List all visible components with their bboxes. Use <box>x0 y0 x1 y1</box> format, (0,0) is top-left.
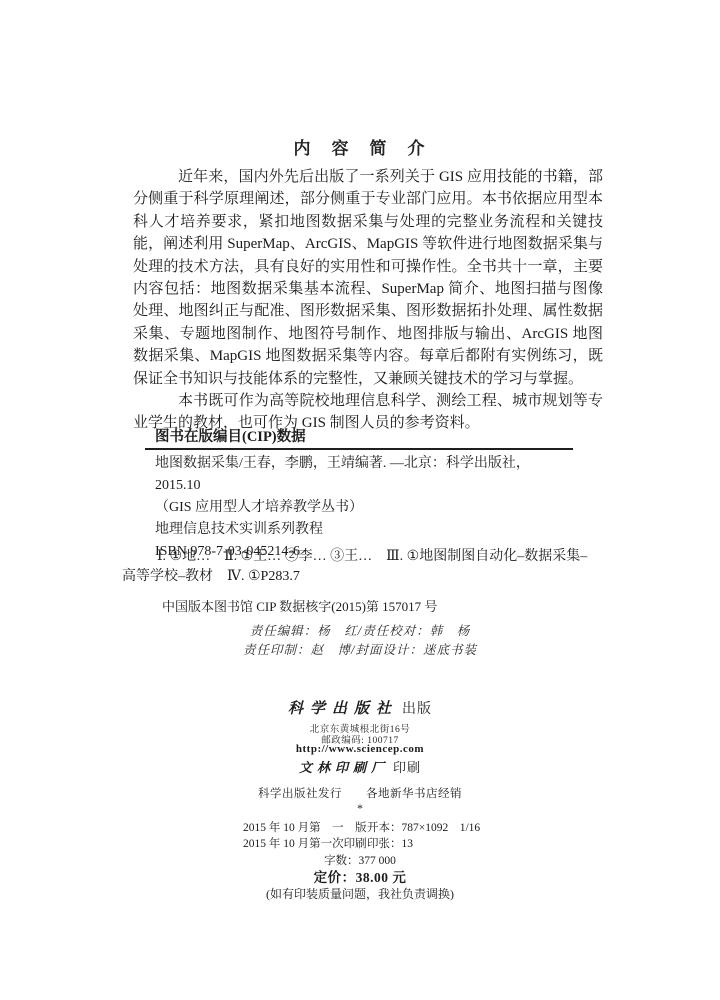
content-introduction: 近年来，国内外先后出版了一系列关于 GIS 应用技能的书籍，部分侧重于科学原理阐… <box>133 166 603 435</box>
publisher-suffix: 出版 <box>402 702 432 717</box>
sheet-count: 印张：13 <box>367 836 413 852</box>
edition-date: 2015 年 10 月第 一 版 <box>243 820 367 836</box>
cip-series-line: （GIS 应用型人才培养教学丛书） <box>155 497 575 519</box>
edition-details: 2015 年 10 月第 一 版 开本：787×1092 1/16 2015 年… <box>243 820 483 852</box>
cip-divider-rule <box>145 448 573 450</box>
cip-class-line-2: 高等学校–教材 Ⅳ. ①P283.7 <box>122 567 592 587</box>
printer-name: 文林印刷厂 <box>299 760 389 775</box>
page-title: 内 容 简 介 <box>0 134 720 159</box>
copyright-page: { "page": { "section_title": "内 容 简 介", … <box>0 0 720 1000</box>
publisher-line: 科学出版社 出版 <box>0 697 720 718</box>
printer-line: 文林印刷厂 印刷 <box>0 757 720 777</box>
cip-record-number: 中国版本图书馆 CIP 数据核字(2015)第 157017 号 <box>162 596 437 615</box>
edition-row-1: 2015 年 10 月第 一 版 开本：787×1092 1/16 <box>243 820 483 836</box>
price: 定价：38.00 元 <box>0 866 720 886</box>
printer-suffix: 印刷 <box>393 760 421 775</box>
cip-title-line: 地图数据采集/王春，李鹏，王靖编著. —北京：科学出版社，2015.10 <box>155 453 575 497</box>
intro-paragraph-1: 近年来，国内外先后出版了一系列关于 GIS 应用技能的书籍，部分侧重于科学原理阐… <box>133 166 603 390</box>
format-spec: 开本：787×1092 1/16 <box>367 820 480 836</box>
printing-credit-line: 责任印制：赵 博/封面设计：迷底书装 <box>0 641 720 660</box>
quality-exchange-note: (如有印装质量问题，我社负责调换) <box>0 885 720 902</box>
cip-series-line-2: 地理信息技术实训系列教程 <box>155 519 575 541</box>
printing-date: 2015 年 10 月第一次印刷 <box>243 836 367 852</box>
cip-class-line-1: Ⅰ. ①地… Ⅱ. ①王… ②李… ③王… Ⅲ. ①地图制图自动化–数据采集– <box>157 547 592 567</box>
cip-classification: Ⅰ. ①地… Ⅱ. ①王… ②李… ③王… Ⅲ. ①地图制图自动化–数据采集– … <box>122 547 592 586</box>
cip-header: 图书在版编目(CIP)数据 <box>155 425 306 446</box>
staff-credits: 责任编辑：杨 红/责任校对：韩 杨 责任印制：赵 博/封面设计：迷底书装 <box>0 622 720 659</box>
distribution-line: 科学出版社发行 各地新华书店经销 <box>0 785 720 801</box>
publisher-website: http://www.sciencep.com <box>0 743 720 755</box>
editor-credit-line: 责任编辑：杨 红/责任校对：韩 杨 <box>0 622 720 641</box>
edition-row-2: 2015 年 10 月第一次印刷 印张：13 <box>243 836 483 852</box>
publisher-name: 科学出版社 <box>288 701 398 717</box>
star-separator: * <box>0 801 720 816</box>
